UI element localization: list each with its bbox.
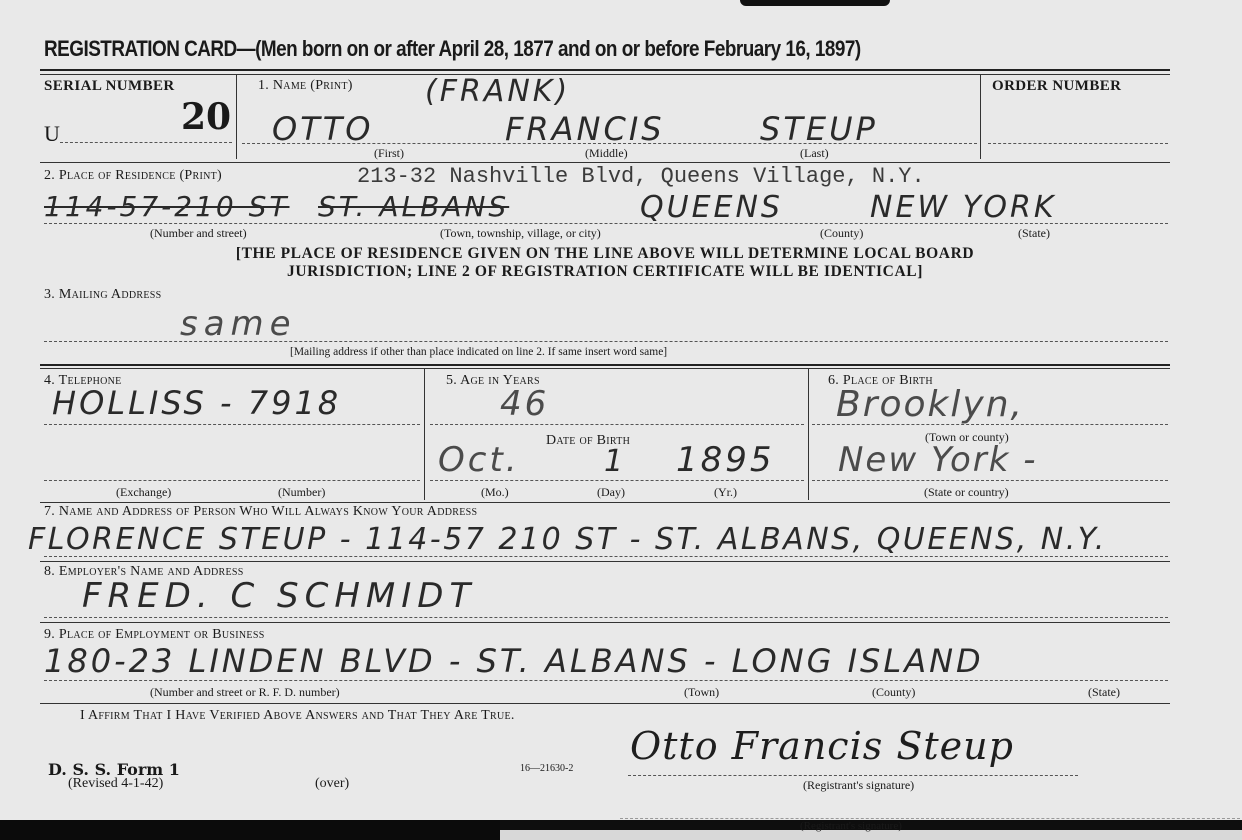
serial-prefix: U [44, 121, 60, 147]
jurisdiction-notice: [THE PLACE OF RESIDENCE GIVEN ON THE LIN… [40, 245, 1170, 281]
over-note: (over) [315, 776, 349, 792]
affirmation-text: I Affirm That I Have Verified Above Answ… [80, 708, 515, 724]
scan-artifact [740, 0, 890, 6]
jurisdiction-notice-line2: JURISDICTION; LINE 2 OF REGISTRATION CER… [40, 263, 1170, 281]
day-caption: (Day) [597, 485, 625, 500]
employment-state-caption: (State) [1088, 685, 1120, 700]
signature-line [628, 775, 1078, 776]
col-divider [424, 368, 425, 500]
contact-underline [44, 556, 1168, 557]
mailing-value: same [180, 304, 297, 344]
order-divider [980, 74, 981, 159]
employment-street-caption: (Number and street or R. F. D. number) [150, 685, 340, 700]
row-rule [40, 368, 1170, 369]
contact-value: FLORENCE STEUP - 114-57 210 ST - ST. ALB… [28, 522, 1107, 557]
serial-number-label: SERIAL NUMBER [44, 78, 175, 95]
mailing-label: 3. Mailing Address [44, 287, 161, 303]
serial-divider [236, 74, 237, 159]
signature-caption: (Registrant's signature) [803, 778, 914, 793]
year-caption: (Yr.) [714, 485, 737, 500]
telephone-underline [44, 424, 420, 425]
birthplace-state-underline [812, 480, 1168, 481]
jurisdiction-notice-line1: [THE PLACE OF RESIDENCE GIVEN ON THE LIN… [40, 245, 1170, 263]
telephone-value: HOLLISS - 7918 [52, 384, 341, 422]
scan-edge [0, 820, 500, 840]
registrant-signature: Otto Francis Steup [630, 724, 1014, 768]
mailing-underline [44, 341, 1168, 342]
month-caption: (Mo.) [481, 485, 509, 500]
dob-underline [430, 480, 804, 481]
residence-typed-correction: 213-32 Nashville Blvd, Queens Village, N… [357, 164, 925, 189]
form-revised: (Revised 4-1-42) [68, 776, 163, 792]
name-label: 1. Name (Print) [258, 78, 353, 94]
employer-value: FRED. C SCHMIDT [82, 576, 476, 616]
contact-label: 7. Name and Address of Person Who Will A… [44, 504, 477, 520]
nickname-value: (FRANK) [425, 74, 570, 109]
street-caption: (Number and street) [150, 226, 247, 241]
employment-town-caption: (Town) [684, 685, 719, 700]
age-underline [430, 424, 804, 425]
birthplace-town-underline [812, 424, 1168, 425]
employment-label: 9. Place of Employment or Business [44, 627, 265, 643]
order-number-field [988, 143, 1168, 144]
print-code: 16—21630-2 [520, 763, 573, 774]
signature-caption-2: (Registrant's signature) [800, 820, 902, 832]
serial-underline [60, 142, 232, 143]
row-rule [40, 703, 1170, 704]
dob-month: Oct. [438, 440, 520, 480]
number-caption: (Number) [278, 485, 325, 500]
residence-label: 2. Place of Residence (Print) [44, 168, 222, 184]
age-value: 46 [500, 384, 549, 424]
employment-value: 180-23 LINDEN BLVD - ST. ALBANS - LONG I… [44, 642, 984, 680]
exchange-caption: (Exchange) [116, 485, 171, 500]
telephone-underline-2 [44, 480, 420, 481]
order-number-label: ORDER NUMBER [992, 78, 1121, 95]
employer-underline [44, 617, 1168, 618]
state-caption: (State) [1018, 226, 1050, 241]
first-caption: (First) [374, 146, 404, 161]
name-underline [242, 143, 977, 144]
town-caption: (Town, township, village, or city) [440, 226, 601, 241]
birthplace-town: Brooklyn, [836, 384, 1024, 425]
birthplace-state: New York - [838, 440, 1038, 480]
last-caption: (Last) [800, 146, 829, 161]
row-rule [40, 561, 1170, 562]
row-rule [40, 364, 1170, 366]
middle-caption: (Middle) [585, 146, 628, 161]
title-rule-2 [40, 74, 1170, 75]
row-rule [40, 502, 1170, 503]
card-title: REGISTRATION CARD—(Men born on or after … [44, 36, 861, 62]
row-rule [40, 622, 1170, 623]
residence-town-struck: ST. ALBANS [318, 190, 509, 223]
dob-day: 1 [604, 444, 626, 479]
serial-number-value: 20 [181, 96, 231, 138]
residence-street-struck: 114-57-210 ST [44, 190, 290, 223]
registration-card: REGISTRATION CARD—(Men born on or after … [0, 0, 1242, 830]
birthplace-state-caption: (State or country) [924, 485, 1009, 500]
employment-county-caption: (County) [872, 685, 915, 700]
employment-underline [44, 680, 1168, 681]
residence-underline [44, 223, 1168, 224]
mailing-caption: [Mailing address if other than place ind… [290, 346, 667, 358]
county-caption: (County) [820, 226, 863, 241]
residence-state: NEW YORK [870, 190, 1057, 225]
row-rule [40, 162, 1170, 163]
dob-year: 1895 [676, 440, 775, 480]
title-rule [40, 69, 1170, 71]
residence-county: QUEENS [640, 190, 783, 225]
signature-line-2 [620, 818, 1240, 819]
col-divider [808, 368, 809, 500]
